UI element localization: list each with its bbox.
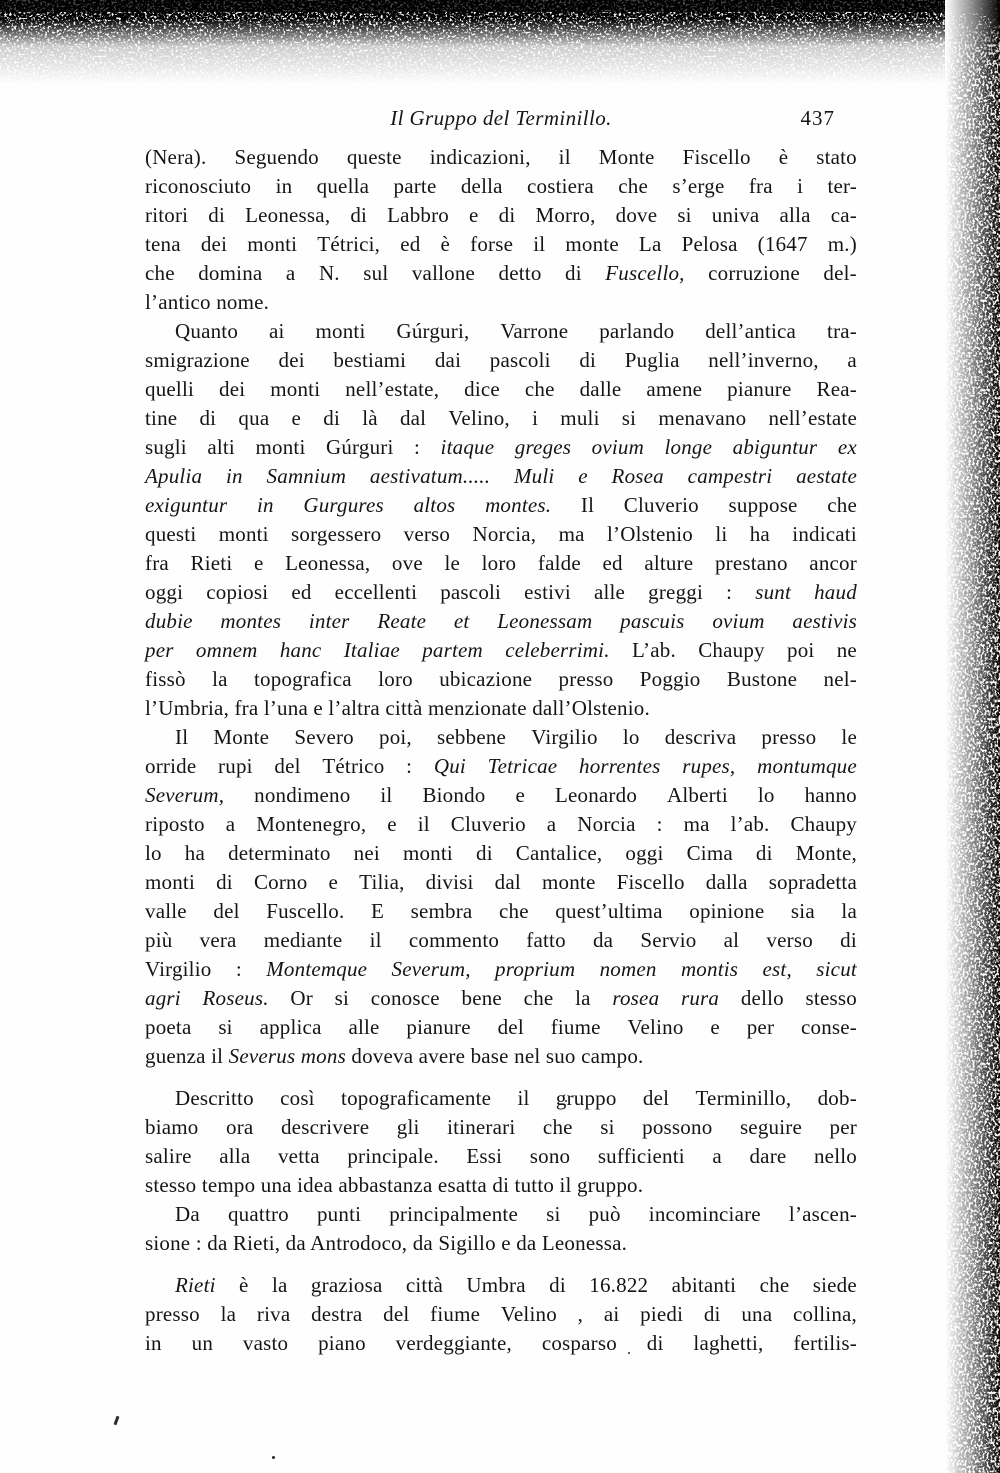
word: sopradetta	[769, 868, 857, 897]
word: il	[380, 781, 392, 810]
word: è	[239, 1271, 249, 1300]
word: costiera	[527, 172, 594, 201]
scan-speck	[628, 1352, 630, 1354]
word: falde	[538, 549, 581, 578]
word: collina,	[793, 1300, 857, 1329]
word: Leonessa,	[285, 549, 370, 578]
word: di	[350, 201, 367, 230]
word: celeberrimi.	[505, 636, 609, 665]
word: Severum,	[145, 781, 224, 810]
word: ai	[269, 317, 285, 346]
word: ca-	[831, 201, 857, 230]
word: aestate	[796, 462, 857, 491]
word: mediante	[264, 926, 343, 955]
word: qua	[238, 404, 269, 433]
word: quelli	[145, 375, 194, 404]
word: Or	[290, 984, 313, 1013]
word: La	[639, 230, 662, 259]
word: itaque	[441, 433, 495, 462]
word: domina	[198, 259, 262, 288]
word: dalle	[580, 375, 622, 404]
word: a	[286, 259, 296, 288]
word: partem	[422, 636, 483, 665]
word: che	[525, 375, 555, 404]
word: sul	[363, 259, 388, 288]
text-line: smigrazionedeibestiamidaipascolidiPuglia…	[145, 346, 857, 375]
word: città	[406, 1271, 443, 1300]
word: destra	[311, 1300, 362, 1329]
word: ovium	[592, 433, 644, 462]
word: ai	[604, 1300, 620, 1329]
word: Cantalice,	[516, 839, 603, 868]
word: N.	[319, 259, 340, 288]
text-line: questimontisorgesseroversoNorcia,mal’Ols…	[145, 520, 857, 549]
text-line: ripostoaMontenegro,eilCluverioaNorcia:ma…	[145, 810, 857, 839]
word: fiume	[430, 1300, 480, 1329]
word: itinerari	[447, 1113, 515, 1142]
word: longe	[665, 433, 713, 462]
word: per	[830, 1113, 857, 1142]
word: principalmente	[389, 1200, 518, 1229]
word: a	[847, 346, 857, 375]
word: Gúrguri,	[396, 317, 469, 346]
word: sembra	[411, 897, 473, 926]
word: alle	[594, 578, 625, 607]
word: alti	[207, 433, 235, 462]
word: exiguntur	[145, 491, 227, 520]
word: per	[747, 1013, 774, 1042]
word: lo	[758, 781, 775, 810]
word: Cluverio	[451, 810, 526, 839]
word: poeta	[145, 1013, 191, 1042]
word: menavano	[658, 404, 746, 433]
word: presso	[761, 723, 816, 752]
word: topografica	[254, 665, 352, 694]
word: dare	[749, 1142, 786, 1171]
word: alle	[348, 1013, 379, 1042]
word: così	[280, 1084, 315, 1113]
word: horrentes	[579, 752, 661, 781]
text-line: montidiCornoeTilia,divisidalmonteFiscell…	[145, 868, 857, 897]
text-line: peromnemhancItaliaepartemceleberrimi.L’a…	[145, 636, 857, 665]
word: rura	[681, 984, 719, 1013]
word: del	[274, 752, 300, 781]
word: montes.	[485, 491, 551, 520]
word: e	[387, 810, 397, 839]
word: ed	[291, 578, 311, 607]
word: nondimeno	[254, 781, 350, 810]
word: della	[461, 172, 503, 201]
text-line: agriRoseus.Orsiconoscebenechelarosearura…	[145, 984, 857, 1013]
word: Il	[175, 723, 188, 752]
word: Fiscello	[683, 143, 751, 172]
word: rosea	[612, 984, 659, 1013]
word: fra	[145, 549, 169, 578]
word: e	[710, 1013, 720, 1042]
word: dice	[464, 375, 500, 404]
word: fiume	[551, 1013, 601, 1042]
word: Servio	[640, 926, 696, 955]
word: hanno	[805, 781, 857, 810]
word: suppose	[729, 491, 798, 520]
word: dubie	[145, 607, 193, 636]
word: et	[454, 607, 470, 636]
word: Rosea	[612, 462, 664, 491]
word: Labbro	[387, 201, 449, 230]
text-line: lohadeterminatoneimontidiCantalice,oggiC…	[145, 839, 857, 868]
word: sugli	[145, 433, 187, 462]
word: dei	[279, 346, 305, 375]
word: parte	[394, 172, 437, 201]
word: ter-	[827, 172, 857, 201]
word: nell’estate	[769, 404, 858, 433]
word: aestivatum.....	[370, 462, 490, 491]
word: si	[335, 984, 349, 1013]
book-page: Il Gruppo del Terminillo. 437 (Nera).Seg…	[0, 0, 1000, 1473]
word: Reate	[377, 607, 426, 636]
word: dei	[201, 230, 227, 259]
word: bene	[462, 984, 502, 1013]
word: quattro	[228, 1200, 289, 1229]
word: Morro,	[535, 201, 595, 230]
paragraph: IlMonteSeveropoi,sebbeneVirgiliolodescri…	[145, 723, 857, 1071]
word: determinato	[228, 839, 331, 868]
word: sorgessero	[291, 520, 381, 549]
word: Velino,	[448, 404, 509, 433]
word: le	[841, 723, 857, 752]
word: :	[414, 433, 420, 462]
word: che	[760, 1271, 790, 1300]
word: (1647	[758, 230, 808, 259]
word: Tetricae	[488, 752, 558, 781]
word: nei	[354, 839, 380, 868]
word: graziosa	[311, 1271, 383, 1300]
word: fatto	[526, 926, 565, 955]
word: Chaupy	[790, 810, 857, 839]
word: divisi	[426, 868, 474, 897]
word: abitanti	[672, 1271, 737, 1300]
word: Il	[581, 491, 594, 520]
word: in	[145, 1329, 162, 1358]
word: ubicazione	[439, 665, 532, 694]
text-line: tinediquaedilàdalVelino,imulisimenavanon…	[145, 404, 857, 433]
word: di	[840, 926, 857, 955]
text-line: chedominaaN.sulvallonedettodiFuscello,co…	[145, 259, 857, 288]
word: Virgilio	[531, 723, 597, 752]
word: hanc	[280, 636, 322, 665]
word: Poggio	[640, 665, 701, 694]
word: :	[236, 955, 242, 984]
word: tra-	[827, 317, 857, 346]
word: Biondo	[422, 781, 485, 810]
word: loro	[378, 665, 413, 694]
word: Virgilio	[145, 955, 211, 984]
word: Tilia,	[359, 868, 404, 897]
text-line: Severum,nondimenoilBiondoeLeonardoAlbert…	[145, 781, 857, 810]
word: monte	[565, 230, 619, 259]
word: e	[292, 404, 302, 433]
word: Umbra	[466, 1271, 525, 1300]
word: biamo	[145, 1113, 199, 1142]
word: piedi	[640, 1300, 683, 1329]
word: in	[276, 172, 293, 201]
word: (Nera).	[145, 143, 206, 172]
word: la	[575, 984, 591, 1013]
word: è	[779, 143, 789, 172]
word: lo	[623, 723, 640, 752]
running-title: Il Gruppo del Terminillo.	[145, 106, 857, 131]
word: ha	[185, 839, 205, 868]
text-line: sione : da Rieti, da Antrodoco, da Sigil…	[145, 1229, 857, 1258]
word: Rea-	[816, 375, 856, 404]
word: dal	[400, 404, 426, 433]
word: sia	[791, 897, 815, 926]
word: Fiscello	[617, 868, 685, 897]
word: verso	[404, 520, 451, 549]
word: di	[565, 259, 582, 288]
word: corruzione	[708, 259, 800, 288]
word: di	[323, 404, 340, 433]
word: il	[418, 810, 430, 839]
word: Leonessam	[497, 607, 592, 636]
word: un	[192, 1329, 213, 1358]
text-line: l’antico nome.	[145, 288, 857, 317]
text-run: guenza il	[145, 1044, 229, 1068]
word: Varrone	[500, 317, 568, 346]
paragraph: QuantoaimontiGúrguri,Varroneparlandodell…	[145, 317, 857, 723]
word: muli	[560, 404, 599, 433]
word: fra	[749, 172, 773, 201]
text-run: sione : da Rieti, da Antrodoco, da Sigil…	[145, 1231, 627, 1255]
text-line: IlMonteSeveropoi,sebbeneVirgiliolodescri…	[145, 723, 857, 752]
word: Tétrici,	[317, 230, 380, 259]
word: riposto	[145, 810, 205, 839]
word: l’ab.	[731, 810, 770, 839]
word: monti	[316, 317, 366, 346]
word: del	[383, 1300, 409, 1329]
word: salire	[145, 1142, 192, 1171]
word: il	[559, 143, 571, 172]
word: di	[208, 201, 225, 230]
paragraph: (Nera).Seguendoquesteindicazioni,ilMonte…	[145, 143, 857, 317]
word: Monte	[599, 143, 655, 172]
word: Severo	[294, 723, 354, 752]
word: ora	[226, 1113, 253, 1142]
word: presso	[145, 1300, 200, 1329]
word: Samnium	[267, 462, 347, 491]
word: di	[476, 839, 493, 868]
word: :	[406, 752, 412, 781]
word: montes	[220, 607, 281, 636]
paragraph: Daquattropuntiprincipalmentesipuòincomin…	[145, 1200, 857, 1258]
word: nel-	[824, 665, 857, 694]
word: rupi	[218, 752, 253, 781]
word: e	[469, 201, 479, 230]
word: riconosciuto	[145, 172, 251, 201]
text-line: oggicopiosiedeccellentipascoliestivialle…	[145, 578, 857, 607]
word: il	[518, 1084, 530, 1113]
word: sebbene	[437, 723, 506, 752]
word: Qui	[434, 752, 466, 781]
word: campestri	[688, 462, 773, 491]
word: Seguendo	[234, 143, 318, 172]
word: parlando	[599, 317, 674, 346]
word: dello	[741, 984, 784, 1013]
word: conosce	[371, 984, 440, 1013]
word: che	[827, 491, 857, 520]
text-line: dubiemontesinterReateetLeonessampascuiso…	[145, 607, 857, 636]
word: pianure	[727, 375, 791, 404]
word: punti	[317, 1200, 361, 1229]
word: che	[499, 897, 529, 926]
word: Chaupy	[698, 636, 765, 665]
word: oggi	[145, 578, 183, 607]
word: piano	[318, 1329, 366, 1358]
word: sunt	[755, 578, 791, 607]
word: si	[546, 1200, 560, 1229]
word: montumque	[757, 752, 857, 781]
word: presso	[559, 665, 614, 694]
word: 16.822	[589, 1271, 648, 1300]
paragraph: Descrittocosìtopograficamenteilgruppodel…	[145, 1084, 857, 1200]
word: amene	[646, 375, 702, 404]
word: Rieti	[175, 1271, 216, 1300]
word: Bustone	[727, 665, 797, 694]
page-number: 437	[801, 106, 836, 131]
word: là	[362, 404, 378, 433]
word: l’Olstenio	[607, 520, 693, 549]
word: copiosi	[206, 578, 268, 607]
word: monti	[145, 868, 195, 897]
word: ex	[838, 433, 857, 462]
word: ma	[684, 810, 710, 839]
word: che	[618, 172, 648, 201]
word: nello	[814, 1142, 857, 1171]
word: ,	[578, 1300, 583, 1329]
word: eccellenti	[335, 578, 417, 607]
scan-noise-right	[945, 0, 1000, 1473]
word: Gurgures	[303, 491, 384, 520]
word: vetta	[278, 1142, 320, 1171]
word: Apulia	[145, 462, 202, 491]
text-run: Severus mons	[229, 1044, 346, 1068]
text-line: salireallavettaprincipale.Essisonosuffic…	[145, 1142, 857, 1171]
word: abiguntur	[733, 433, 818, 462]
page-header: Il Gruppo del Terminillo. 437	[145, 106, 857, 134]
text-line: piùveramedianteilcommentofattodaServioal…	[145, 926, 857, 955]
word: pascoli	[440, 578, 501, 607]
word: Montemque	[266, 955, 367, 984]
word: stesso	[806, 984, 857, 1013]
word: Muli	[514, 462, 554, 491]
word: si	[600, 1113, 614, 1142]
word: monti	[219, 520, 269, 549]
word: ma	[559, 520, 585, 549]
word: e	[578, 462, 588, 491]
word: Velino	[628, 1013, 684, 1042]
word: la	[221, 1300, 237, 1329]
word: vallone	[412, 259, 475, 288]
word: topograficamente	[341, 1084, 491, 1113]
word: Monte,	[796, 839, 857, 868]
text-run: l’antico nome.	[145, 290, 269, 314]
word: detto	[499, 259, 542, 288]
text-line: fissòlatopograficaloroubicazionepressoPo…	[145, 665, 857, 694]
word: di	[704, 1300, 721, 1329]
word: che	[145, 259, 175, 288]
word: agri	[145, 984, 181, 1013]
word: s’erge	[672, 172, 724, 201]
word: dai	[435, 346, 461, 375]
word: gli	[397, 1113, 420, 1142]
word: descriva	[665, 723, 737, 752]
word: sono	[530, 1142, 570, 1171]
word: Norcia,	[472, 520, 536, 549]
text-line: pressolarivadestradelfiumeVelino,aipiedi…	[145, 1300, 857, 1329]
word: monti	[270, 375, 320, 404]
word: indicazioni,	[430, 143, 531, 172]
word: Cluverio	[624, 491, 699, 520]
word: nomen	[600, 955, 657, 984]
word: per	[145, 636, 174, 665]
word: monti	[247, 230, 297, 259]
word: questi	[145, 520, 196, 549]
word: ovium	[712, 607, 764, 636]
word: commento	[409, 926, 499, 955]
word: haud	[814, 578, 857, 607]
word: dal	[495, 868, 521, 897]
word: rupes,	[682, 752, 735, 781]
word: Tétrico	[322, 752, 384, 781]
word: siede	[813, 1271, 857, 1300]
word: e	[254, 549, 264, 578]
word: fertilis-	[793, 1329, 857, 1358]
word: applica	[260, 1013, 322, 1042]
word: le	[444, 549, 460, 578]
word: Severum,	[392, 955, 471, 984]
text-line: l’Umbria, fra l’una e l’altra città menz…	[145, 694, 857, 723]
word: dei	[219, 375, 245, 404]
word: che	[543, 1113, 573, 1142]
word: ove	[392, 549, 423, 578]
word: di	[216, 868, 233, 897]
word: ed	[400, 230, 420, 259]
word: nell’estate,	[345, 375, 439, 404]
word: seguire	[740, 1113, 802, 1142]
word: dell’antica	[705, 317, 796, 346]
word: di	[549, 1271, 566, 1300]
word: ne	[837, 636, 857, 665]
word: può	[589, 1200, 621, 1229]
word: del	[498, 1013, 524, 1042]
word: si	[677, 201, 691, 230]
word: estivi	[524, 578, 571, 607]
text-line: ApuliainSamniumaestivatum.....MulieRosea…	[145, 462, 857, 491]
word: omnem	[196, 636, 258, 665]
word: E	[371, 897, 384, 926]
word: monti	[403, 839, 453, 868]
text-run: stesso tempo una idea abbastanza esatta …	[145, 1173, 643, 1197]
word: Leonardo	[555, 781, 637, 810]
word: dob-	[818, 1084, 857, 1113]
scan-speck	[114, 1416, 120, 1425]
word: ha	[750, 520, 770, 549]
text-run: doveva avere base nel suo campo.	[346, 1044, 644, 1068]
word: laghetti,	[693, 1329, 763, 1358]
word: vasto	[243, 1329, 288, 1358]
word: Corno	[254, 868, 308, 897]
word: aestivis	[792, 607, 857, 636]
